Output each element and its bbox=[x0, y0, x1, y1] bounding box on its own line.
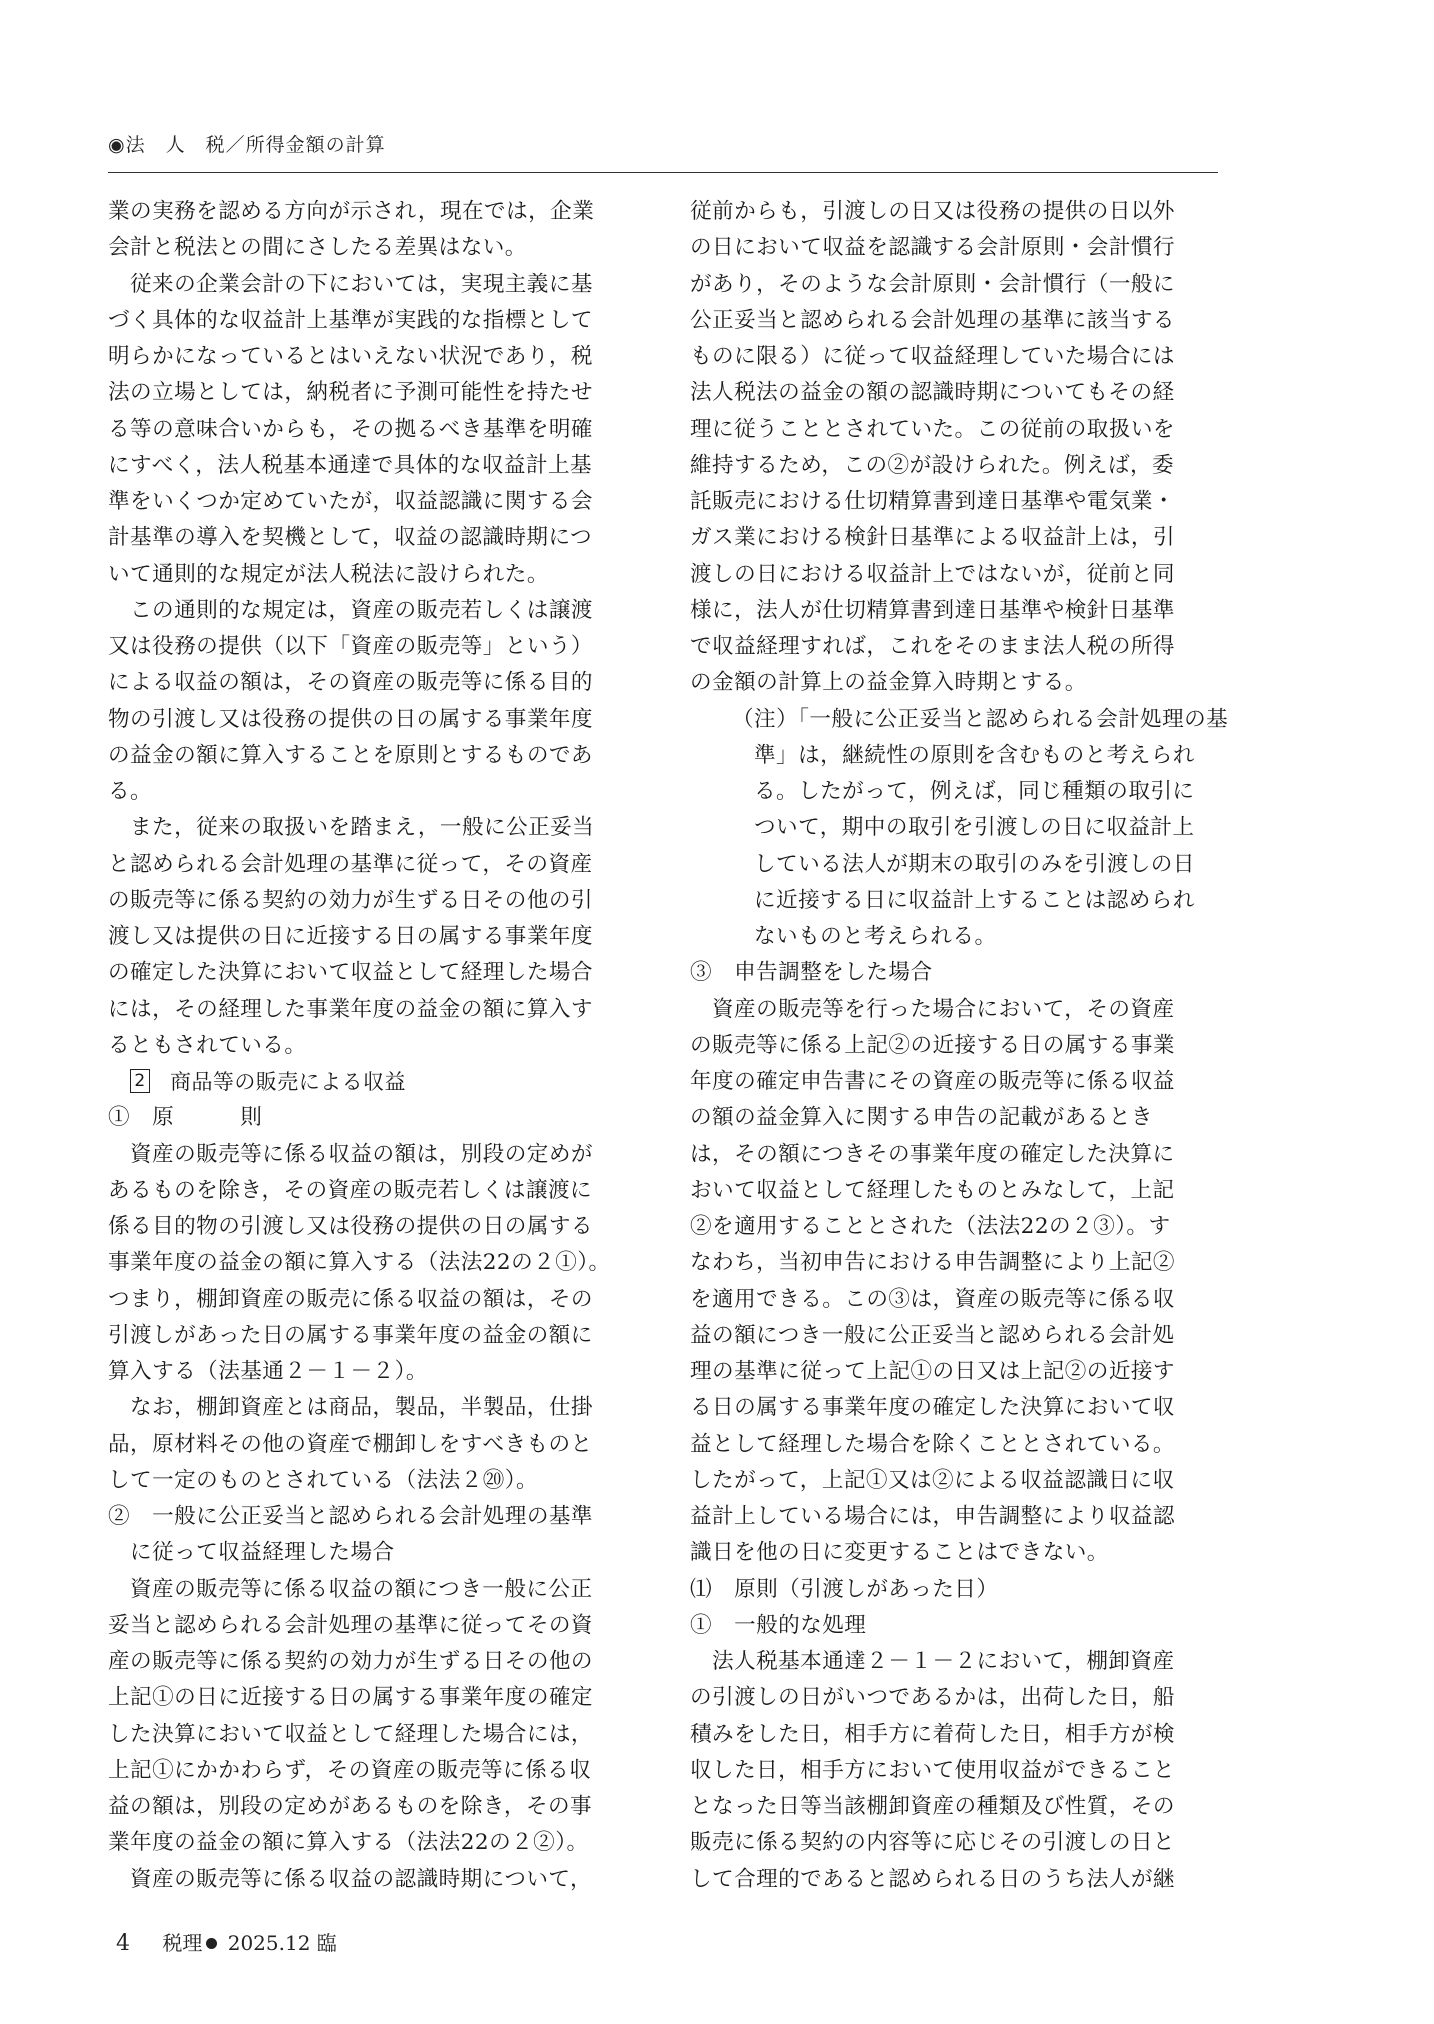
text-line: ① 原 則 bbox=[108, 1100, 630, 1136]
text-line: の販売等に係る上記②の近接する日の属する事業 bbox=[690, 1028, 1212, 1064]
text-line: 公正妥当と認められる会計処理の基準に該当する bbox=[690, 303, 1212, 339]
text-line: 資産の販売等に係る収益の額につき一般に公正 bbox=[108, 1572, 630, 1608]
text-line: 理の基準に従って上記①の日又は上記②の近接す bbox=[690, 1354, 1212, 1390]
header-rule bbox=[108, 172, 1218, 173]
text-line: 品，原材料その他の資産で棚卸しをすべきものと bbox=[108, 1427, 630, 1463]
text-line: 業年度の益金の額に算入する（法法22の２②）。 bbox=[108, 1825, 630, 1861]
text-line: ③ 申告調整をした場合 bbox=[690, 955, 1212, 991]
text-line: （注）「一般に公正妥当と認められる会計処理の基 bbox=[690, 702, 1212, 738]
text-line: は，その額につきその事業年度の確定した決算に bbox=[690, 1137, 1212, 1173]
text-line: おいて収益として経理したものとみなして，上記 bbox=[690, 1173, 1212, 1209]
text-line: したがって，上記①又は②による収益認識日に収 bbox=[690, 1463, 1212, 1499]
text-line: に従って収益経理した場合 bbox=[108, 1535, 630, 1571]
text-line: 上記①の日に近接する日の属する事業年度の確定 bbox=[108, 1680, 630, 1716]
text-line: る。 bbox=[108, 774, 630, 810]
text-line: には，その経理した事業年度の益金の額に算入す bbox=[108, 992, 630, 1028]
issue-suffix: 臨 bbox=[317, 1931, 337, 1955]
right-column: 従前からも，引渡しの日又は役務の提供の日以外の日において収益を認識する会計原則・… bbox=[690, 194, 1212, 1898]
text-line: 託販売における仕切精算書到達日基準や電気業・ bbox=[690, 484, 1212, 520]
text-line: ないものと考えられる。 bbox=[690, 919, 1212, 955]
text-line: づく具体的な収益計上基準が実践的な指標として bbox=[108, 303, 630, 339]
text-line: この通則的な規定は，資産の販売若しくは譲渡 bbox=[108, 593, 630, 629]
text-line: 理に従うこととされていた。この従前の取扱いを bbox=[690, 412, 1212, 448]
text-line: 業の実務を認める方向が示され，現在では，企業 bbox=[108, 194, 630, 230]
text-line: ⑴ 原則（引渡しがあった日） bbox=[690, 1572, 1212, 1608]
text-line: 従来の企業会計の下においては，実現主義に基 bbox=[108, 267, 630, 303]
text-line: 明らかになっているとはいえない状況であり，税 bbox=[108, 339, 630, 375]
text-line: る。したがって，例えば，同じ種類の取引に bbox=[690, 774, 1212, 810]
text-line: また，従来の取扱いを踏まえ，一般に公正妥当 bbox=[108, 810, 630, 846]
text-line: なわち，当初申告における申告調整により上記② bbox=[690, 1245, 1212, 1281]
section-heading-text: 商品等の販売による収益 bbox=[170, 1070, 406, 1094]
text-line: ガス業における検針日基準による収益計上は，引 bbox=[690, 520, 1212, 556]
text-line: で収益経理すれば，これをそのまま法人税の所得 bbox=[690, 629, 1212, 665]
text-line: 資産の販売等を行った場合において，その資産 bbox=[690, 992, 1212, 1028]
text-line: 資産の販売等に係る収益の認識時期について， bbox=[108, 1862, 630, 1898]
text-line: 法人税基本通達２－１－２において，棚卸資産 bbox=[690, 1644, 1212, 1680]
text-line: 識日を他の日に変更することはできない。 bbox=[690, 1535, 1212, 1571]
text-line: の額の益金算入に関する申告の記載があるとき bbox=[690, 1100, 1212, 1136]
text-line: 又は役務の提供（以下「資産の販売等」という） bbox=[108, 629, 630, 665]
text-line: して合理的であると認められる日のうち法人が継 bbox=[690, 1862, 1212, 1898]
text-line: 法人税法の益金の額の認識時期についてもその経 bbox=[690, 375, 1212, 411]
text-line: を適用できる。この③は，資産の販売等に係る収 bbox=[690, 1282, 1212, 1318]
page-footer: 4 税理 2025.12 臨 bbox=[116, 1927, 337, 1956]
text-line: の日において収益を認識する会計原則・会計慣行 bbox=[690, 230, 1212, 266]
text-line: の引渡しの日がいつであるかは，出荷した日，船 bbox=[690, 1680, 1212, 1716]
text-line: あるものを除き，その資産の販売若しくは譲渡に bbox=[108, 1173, 630, 1209]
page-number: 4 bbox=[116, 1931, 130, 1956]
left-column: 業の実務を認める方向が示され，現在では，企業会計と税法との間にさしたる差異はない… bbox=[108, 194, 630, 1898]
text-line: ②を適用することとされた（法法22の２③）。す bbox=[690, 1209, 1212, 1245]
text-line: 産の販売等に係る契約の効力が生ずる日その他の bbox=[108, 1644, 630, 1680]
text-line: 係る目的物の引渡し又は役務の提供の日の属する bbox=[108, 1209, 630, 1245]
text-line: 益として経理した場合を除くこととされている。 bbox=[690, 1427, 1212, 1463]
text-line: る日の属する事業年度の確定した決算において収 bbox=[690, 1390, 1212, 1426]
text-line: なお，棚卸資産とは商品，製品，半製品，仕掛 bbox=[108, 1390, 630, 1426]
text-line: があり，そのような会計原則・会計慣行（一般に bbox=[690, 267, 1212, 303]
text-line: 引渡しがあった日の属する事業年度の益金の額に bbox=[108, 1318, 630, 1354]
text-line: ついて，期中の取引を引渡しの日に収益計上 bbox=[690, 810, 1212, 846]
text-line: ① 一般的な処理 bbox=[690, 1608, 1212, 1644]
text-line: つまり，棚卸資産の販売に係る収益の額は，その bbox=[108, 1282, 630, 1318]
text-line: いて通則的な規定が法人税法に設けられた。 bbox=[108, 557, 630, 593]
running-head: ◉法 人 税／所得金額の計算 bbox=[108, 130, 386, 157]
text-line: の販売等に係る契約の効力が生ずる日その他の引 bbox=[108, 883, 630, 919]
text-line: 積みをした日，相手方に着荷した日，相手方が検 bbox=[690, 1717, 1212, 1753]
text-line: るともされている。 bbox=[108, 1028, 630, 1064]
text-line: の確定した決算において収益として経理した場合 bbox=[108, 955, 630, 991]
text-line: して一定のものとされている（法法２⑳）。 bbox=[108, 1463, 630, 1499]
text-line: 渡し又は提供の日に近接する日の属する事業年度 bbox=[108, 919, 630, 955]
text-line: した決算において収益として経理した場合には， bbox=[108, 1717, 630, 1753]
text-line: 益の額につき一般に公正妥当と認められる会計処 bbox=[690, 1318, 1212, 1354]
text-line: 事業年度の益金の額に算入する（法法22の２①）。 bbox=[108, 1245, 630, 1281]
text-line: 算入する（法基通２－１－２）。 bbox=[108, 1354, 630, 1390]
bullet-dot-icon bbox=[206, 1938, 217, 1949]
text-line: 維持するため，この②が設けられた。例えば，委 bbox=[690, 448, 1212, 484]
text-line: となった日等当該棚卸資産の種類及び性質，その bbox=[690, 1789, 1212, 1825]
text-line: 従前からも，引渡しの日又は役務の提供の日以外 bbox=[690, 194, 1212, 230]
section-heading: 2商品等の販売による収益 bbox=[108, 1064, 630, 1100]
text-line: 益の額は，別段の定めがあるものを除き，その事 bbox=[108, 1789, 630, 1825]
text-line: の益金の額に算入することを原則とするものであ bbox=[108, 738, 630, 774]
text-line: 益計上している場合には，申告調整により収益認 bbox=[690, 1499, 1212, 1535]
text-line: 準をいくつか定めていたが，収益認識に関する会 bbox=[108, 484, 630, 520]
text-line: している法人が期末の取引のみを引渡しの日 bbox=[690, 847, 1212, 883]
text-line: 妥当と認められる会計処理の基準に従ってその資 bbox=[108, 1608, 630, 1644]
journal-name: 税理 bbox=[162, 1931, 202, 1955]
text-line: 会計と税法との間にさしたる差異はない。 bbox=[108, 230, 630, 266]
text-line: 年度の確定申告書にその資産の販売等に係る収益 bbox=[690, 1064, 1212, 1100]
text-line: 収した日，相手方において使用収益ができること bbox=[690, 1753, 1212, 1789]
issue-date: 2025.12 bbox=[228, 1931, 311, 1955]
text-line: 上記①にかかわらず，その資産の販売等に係る収 bbox=[108, 1753, 630, 1789]
text-line: に近接する日に収益計上することは認められ bbox=[690, 883, 1212, 919]
text-line: の金額の計算上の益金算入時期とする。 bbox=[690, 665, 1212, 701]
text-line: 渡しの日における収益計上ではないが，従前と同 bbox=[690, 557, 1212, 593]
text-line: 準」は，継続性の原則を含むものと考えられ bbox=[690, 738, 1212, 774]
text-line: 法の立場としては，納税者に予測可能性を持たせ bbox=[108, 375, 630, 411]
text-line: 物の引渡し又は役務の提供の日の属する事業年度 bbox=[108, 702, 630, 738]
text-line: にすべく，法人税基本通達で具体的な収益計上基 bbox=[108, 448, 630, 484]
text-line: 資産の販売等に係る収益の額は，別段の定めが bbox=[108, 1137, 630, 1173]
text-line: る等の意味合いからも，その拠るべき基準を明確 bbox=[108, 412, 630, 448]
text-line: 販売に係る契約の内容等に応じその引渡しの日と bbox=[690, 1825, 1212, 1861]
text-line: 様に，法人が仕切精算書到達日基準や検針日基準 bbox=[690, 593, 1212, 629]
text-line: と認められる会計処理の基準に従って，その資産 bbox=[108, 847, 630, 883]
text-line: ② 一般に公正妥当と認められる会計処理の基準 bbox=[108, 1499, 630, 1535]
section-number-box: 2 bbox=[130, 1069, 150, 1093]
text-line: による収益の額は，その資産の販売等に係る目的 bbox=[108, 665, 630, 701]
text-line: 計基準の導入を契機として，収益の認識時期につ bbox=[108, 520, 630, 556]
text-line: ものに限る）に従って収益経理していた場合には bbox=[690, 339, 1212, 375]
